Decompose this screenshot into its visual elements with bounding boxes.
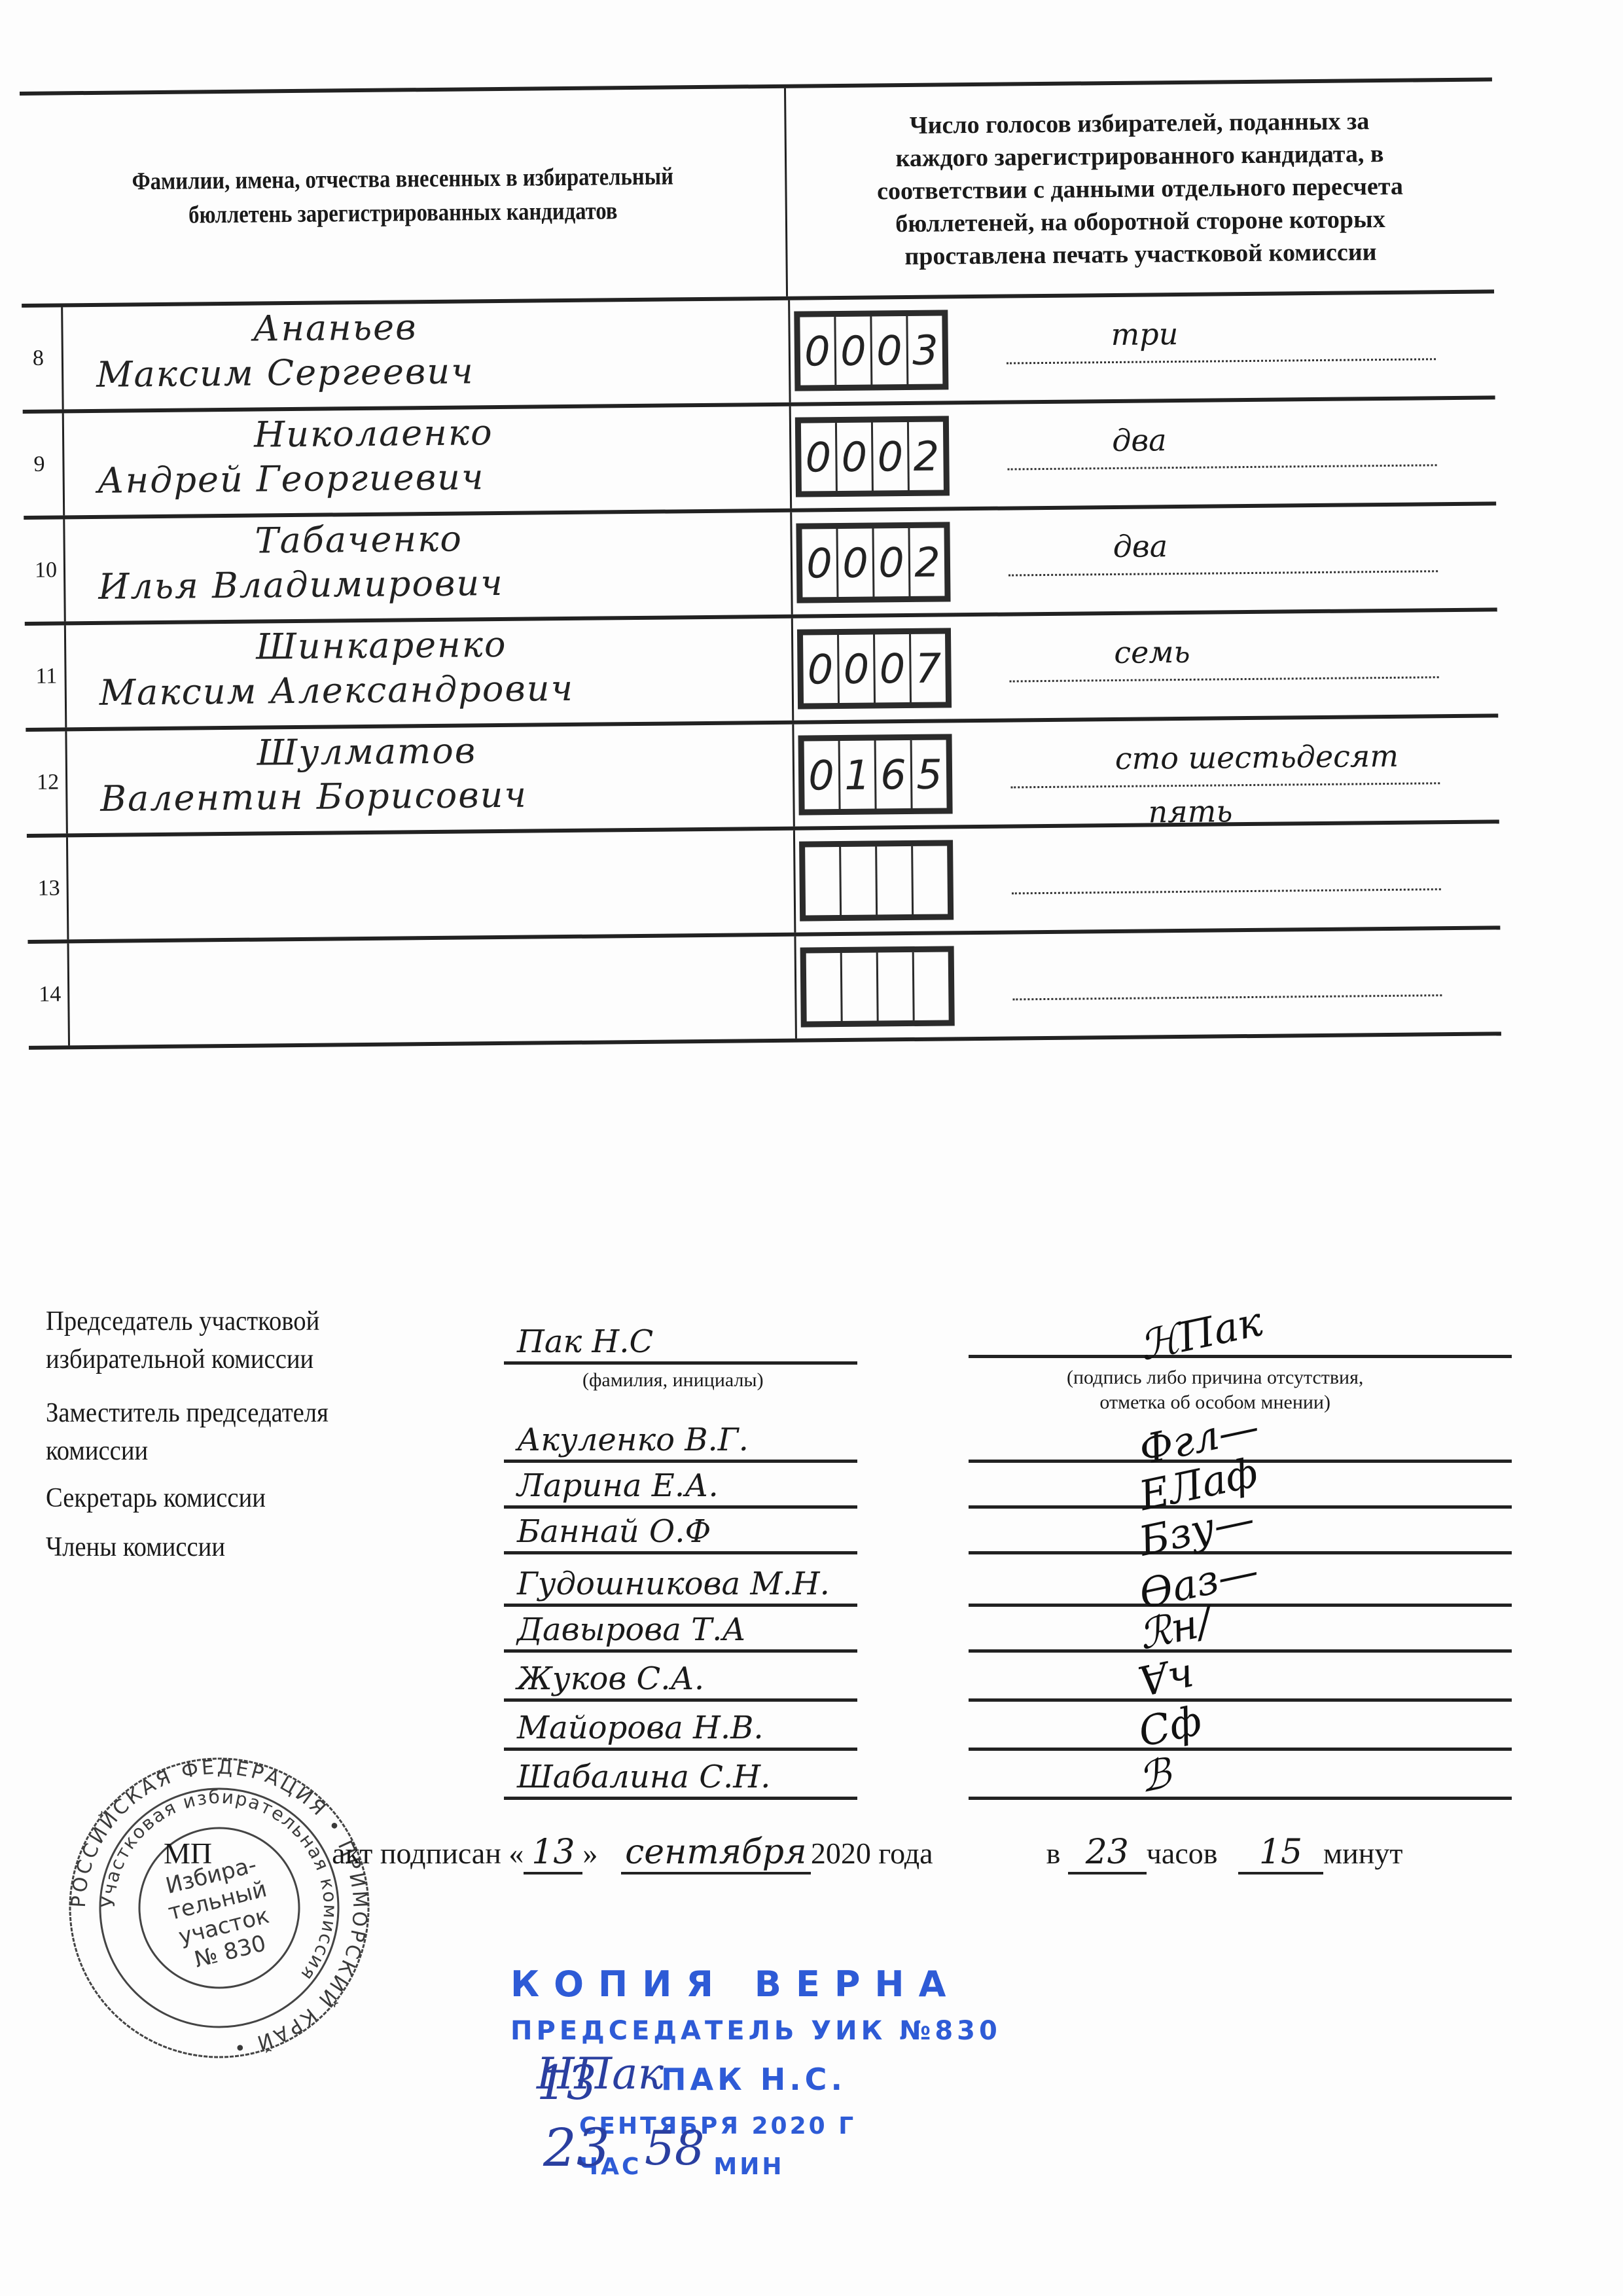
row-number: 11 xyxy=(25,625,65,728)
member-name-field[interactable]: Давырова Т.А xyxy=(504,1610,857,1653)
header-text: проставлена печать участковой комиссии xyxy=(878,236,1404,274)
votes-in-words: семь xyxy=(1114,634,1190,670)
member-signature-field[interactable]: Ɐч xyxy=(969,1659,1512,1702)
votes-in-words: два xyxy=(1113,528,1168,564)
candidate-surname: Шулматов xyxy=(257,730,476,773)
table-row: 12 Шулматов Валентин Борисович 0165 сто … xyxy=(26,717,1499,838)
header-text: каждого зарегистрированного кандидата, в xyxy=(876,137,1402,175)
vote-digit-boxes[interactable]: 0003 xyxy=(794,310,948,391)
member-name-field[interactable]: Баннай О.Ф xyxy=(504,1512,857,1554)
candidate-given-names: Максим Александрович xyxy=(99,668,575,713)
votes-cell: 0002 два xyxy=(790,505,1497,614)
chair-signature-field[interactable]: ℋПак xyxy=(969,1316,1512,1358)
digit-box[interactable] xyxy=(914,952,949,1020)
vote-digit-boxes[interactable]: 0165 xyxy=(798,734,952,815)
votes-in-words-field[interactable] xyxy=(1011,862,1440,894)
member-name: Гудошникова М.Н. xyxy=(517,1566,830,1602)
digit-box[interactable]: 3 xyxy=(908,315,942,384)
chair-name: Пак Н.С xyxy=(517,1323,653,1360)
vote-digit-boxes[interactable]: 0002 xyxy=(795,416,950,497)
table-row: 14 xyxy=(27,929,1501,1050)
votes-cell: 0002 два xyxy=(789,399,1496,508)
digit-box[interactable] xyxy=(913,846,948,914)
vote-digit-boxes[interactable]: 0002 xyxy=(796,522,950,603)
header-votes-column: Число голосов избирателей, поданных за к… xyxy=(784,81,1494,296)
votes-in-words-field[interactable]: семь xyxy=(1009,650,1438,682)
candidate-name-cell[interactable] xyxy=(67,937,794,1046)
signature-caption: (подпись либо причина отсутствия,отметка… xyxy=(1067,1365,1363,1415)
table-row: 10 Табаченко Илья Владимирович 0002 два xyxy=(24,505,1497,626)
protocol-page: Фамилии, имена, отчества внесенных в изб… xyxy=(0,0,1623,2296)
digit-box[interactable]: 5 xyxy=(912,740,947,808)
candidate-given-names: Илья Владимирович xyxy=(98,562,504,607)
candidate-name-cell[interactable] xyxy=(66,831,794,940)
row-number: 8 xyxy=(22,307,62,410)
votes-in-words: два xyxy=(1112,422,1167,458)
candidate-given-names: Максим Сергеевич xyxy=(96,350,474,395)
secretary-label: Секретарь комиссии xyxy=(46,1479,266,1517)
commission-round-seal: РОССИЙСКАЯ ФЕДЕРАЦИЯ • ПРИМОРСКИЙ КРАЙ •… xyxy=(65,1754,373,2062)
digit-box[interactable]: 7 xyxy=(911,634,946,702)
signature-scrawl: ℋПак xyxy=(1135,1297,1266,1370)
signing-date-line: МП акт подписан «13» сентября2020 года в… xyxy=(164,1833,1402,1874)
stamp-hour: 23 xyxy=(543,2117,610,2178)
digit-box[interactable]: 0 xyxy=(875,634,912,703)
secretary-name-field[interactable]: Ларина Е.А. xyxy=(504,1466,857,1509)
digit-box[interactable]: 2 xyxy=(910,528,944,596)
digit-box[interactable]: 0 xyxy=(802,529,838,598)
votes-cell: 0007 семь xyxy=(791,611,1498,720)
signing-hours[interactable]: 23 xyxy=(1068,1833,1147,1874)
table-row: 9 Николаенко Андрей Георгиевич 0002 два xyxy=(23,399,1496,520)
member-name-field[interactable]: Жуков С.А. xyxy=(504,1659,857,1702)
digit-box[interactable]: 0 xyxy=(836,317,872,386)
digit-box[interactable]: 0 xyxy=(803,635,840,704)
header-text: Фамилии, имена, отчества внесенных в изб… xyxy=(132,159,673,198)
member-name: Шабалина С.Н. xyxy=(517,1759,770,1795)
candidate-name-cell[interactable]: Николаенко Андрей Георгиевич xyxy=(62,406,790,516)
table-header: Фамилии, имена, отчества внесенных в изб… xyxy=(20,77,1494,308)
table-row: 11 Шинкаренко Максим Александрович 0007 … xyxy=(25,611,1498,732)
deputy-label: Заместитель председателякомиссии xyxy=(46,1394,329,1470)
digit-box[interactable]: 0 xyxy=(800,317,836,386)
member-signature-field[interactable]: ℛн/ xyxy=(969,1610,1512,1653)
candidates-votes-table: Фамилии, имена, отчества внесенных в изб… xyxy=(20,77,1501,1050)
digit-box[interactable]: 1 xyxy=(840,740,877,809)
candidate-name-cell[interactable]: Шинкаренко Максим Александрович xyxy=(64,619,792,728)
digit-box[interactable] xyxy=(878,952,915,1021)
member-name: Баннай О.Ф xyxy=(517,1513,711,1550)
votes-in-words-continued: пять xyxy=(1148,793,1232,829)
digit-box[interactable]: 0 xyxy=(837,423,874,492)
candidate-name-cell[interactable]: Шулматов Валентин Борисович xyxy=(65,725,793,834)
members-label: Члены комиссии xyxy=(46,1528,225,1566)
row-number: 9 xyxy=(23,413,63,516)
header-text: Число голосов избирателей, поданных за xyxy=(876,105,1402,143)
votes-in-words: сто шестьдесят xyxy=(1115,738,1399,776)
member-signature-field[interactable]: Сф xyxy=(969,1708,1512,1751)
deputy-name: Акуленко В.Г. xyxy=(517,1422,749,1458)
votes-in-words-field[interactable]: два xyxy=(1008,544,1438,576)
votes-in-words-field[interactable] xyxy=(1012,968,1442,1000)
candidate-name-cell[interactable]: Ананьев Максим Сергеевич xyxy=(61,300,789,410)
member-signature-field[interactable]: Бзу— xyxy=(969,1512,1512,1554)
member-signature-field[interactable]: ℬ xyxy=(969,1757,1512,1800)
votes-in-words-field[interactable]: три xyxy=(1007,332,1436,364)
table-row: 8 Ананьев Максим Сергеевич 0003 три xyxy=(22,293,1495,414)
digit-box[interactable]: 0 xyxy=(804,741,841,810)
name-caption: (фамилия, инициалы) xyxy=(582,1368,764,1393)
digit-box[interactable]: 6 xyxy=(876,740,913,809)
stamp-line: СЕНТЯБРЯ 2020 Г xyxy=(579,2113,856,2140)
votes-in-words: три xyxy=(1111,316,1178,352)
table-row: 13 xyxy=(27,823,1500,944)
vote-digit-boxes[interactable] xyxy=(800,946,955,1027)
candidate-given-names: Андрей Георгиевич xyxy=(97,456,484,501)
digit-box[interactable] xyxy=(842,952,879,1021)
digit-box[interactable] xyxy=(806,953,843,1022)
member-name-field[interactable]: Гудошникова М.Н. xyxy=(504,1564,857,1607)
stamp-line: ПАК Н.С. xyxy=(661,2062,846,2097)
candidate-surname: Николаенко xyxy=(254,412,493,456)
member-name: Давырова Т.А xyxy=(517,1611,746,1648)
digit-box[interactable]: 0 xyxy=(873,422,910,491)
chair-label: Председатель участковойизбирательной ком… xyxy=(46,1302,319,1378)
member-name-field[interactable]: Шабалина С.Н. xyxy=(504,1757,857,1800)
table-body: 8 Ананьев Максим Сергеевич 0003 три 9 Ни… xyxy=(22,293,1501,1050)
signing-day[interactable]: 13 xyxy=(524,1833,582,1874)
candidate-surname: Шинкаренко xyxy=(256,624,507,668)
candidate-name-cell[interactable]: Табаченко Илья Владимирович xyxy=(63,512,791,622)
digit-box[interactable] xyxy=(841,846,878,915)
votes-in-words-field[interactable]: сто шестьдесят пять xyxy=(1010,756,1440,788)
stamp-line: КОПИЯ ВЕРНА xyxy=(510,1964,960,2005)
signature-scrawl: ℬ xyxy=(1134,1749,1175,1803)
header-text: бюллетеней, на оборотной стороне которых xyxy=(877,203,1403,241)
member-signature-field[interactable]: Ѳаз— xyxy=(969,1564,1512,1607)
row-number: 14 xyxy=(27,943,67,1046)
stamp-line: ПРЕДСЕДАТЕЛЬ УИК №830 xyxy=(510,2016,1001,2046)
member-name-field[interactable]: Майорова Н.В. xyxy=(504,1708,857,1751)
signing-month[interactable]: сентября xyxy=(621,1833,811,1874)
member-name: Майорова Н.В. xyxy=(517,1710,764,1746)
digit-box[interactable]: 0 xyxy=(872,316,908,385)
stamp-minute: 58 xyxy=(645,2121,705,2176)
digit-box[interactable] xyxy=(877,846,914,915)
row-number: 10 xyxy=(24,519,63,622)
votes-cell: 0165 сто шестьдесят пять xyxy=(792,717,1499,826)
digit-box[interactable]: 0 xyxy=(874,528,910,597)
digit-box[interactable]: 0 xyxy=(838,528,874,597)
mp-label: МП xyxy=(164,1837,212,1870)
chair-name-field[interactable]: Пак Н.С xyxy=(504,1322,857,1365)
header-names-column: Фамилии, имена, отчества внесенных в изб… xyxy=(73,89,732,304)
signing-minutes[interactable]: 15 xyxy=(1238,1833,1323,1874)
candidate-given-names: Валентин Борисович xyxy=(100,774,527,819)
header-text: бюллетень зарегистрированных кандидатов xyxy=(132,193,674,232)
digit-box[interactable]: 0 xyxy=(801,423,838,492)
digit-box[interactable]: 0 xyxy=(839,634,876,703)
digit-box[interactable]: 2 xyxy=(909,422,944,490)
row-number: 12 xyxy=(26,731,65,834)
vote-digit-boxes[interactable] xyxy=(799,840,954,921)
member-name: Жуков С.А. xyxy=(517,1660,704,1697)
row-number: 13 xyxy=(27,837,67,940)
vote-digit-boxes[interactable]: 0007 xyxy=(797,628,952,709)
deputy-name-field[interactable]: Акуленко В.Г. xyxy=(504,1420,857,1463)
votes-cell: 0003 три xyxy=(788,293,1495,402)
secretary-name: Ларина Е.А. xyxy=(517,1467,719,1504)
stamp-signature: НПак xyxy=(537,2049,664,2099)
header-text: соответствии с данными отдельного пересч… xyxy=(877,170,1403,208)
candidate-surname: Ананьев xyxy=(253,306,418,349)
candidate-surname: Табаченко xyxy=(255,518,463,562)
votes-cell xyxy=(794,929,1501,1038)
votes-cell xyxy=(793,823,1500,932)
digit-box[interactable] xyxy=(805,847,842,916)
votes-in-words-field[interactable]: два xyxy=(1007,438,1436,470)
